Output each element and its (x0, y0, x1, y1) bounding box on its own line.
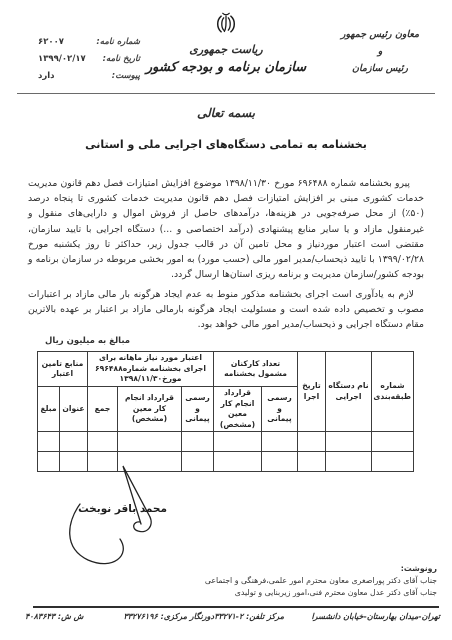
header-center: ریاست جمهوری سازمان برنامه و بودجه کشور (136, 10, 316, 75)
empty-cell (182, 432, 214, 452)
empty-cell (262, 452, 298, 472)
empty-cell (87, 432, 117, 452)
head-of-organization-title: رئیس سازمان (324, 60, 436, 77)
body-paragraph-2: لازم به یادآوری است اجرای بخشنامه مذکور … (28, 287, 424, 333)
empty-cell (37, 432, 59, 452)
document-page: معاون رئیس جمهور و رئیس سازمان ریاست جمه… (0, 0, 452, 640)
letter-meta-block: شماره نامه: ۶۲۰۰۷ تاریخ نامه: ۱۳۹۹/۰۲/۱۷… (16, 37, 140, 88)
letter-date-label: تاریخ نامه: (103, 54, 140, 64)
fax-number: دورنگار مرکزی: ۳۳۲۷۶۱۹۶ (123, 612, 214, 621)
col-source-amount: مبلغ (37, 387, 59, 432)
copy-recipient: جناب آقای دکتر پوراصغری معاون محترم امور… (205, 575, 437, 587)
copy-recipient: جناب آقای دکتر عدل معاون محترم فنی،امور … (205, 587, 437, 599)
col-credit-total: جمع (87, 387, 117, 432)
col-execution-date: تاریخ اجرا (298, 352, 326, 432)
table-unit-caption: مبالغ به میلیون ریال (45, 336, 130, 346)
empty-cell (214, 452, 262, 472)
letter-number-label: شماره نامه: (96, 37, 140, 47)
letter-date-row: تاریخ نامه: ۱۳۹۹/۰۲/۱۷ (16, 54, 140, 64)
letter-number-value: ۶۲۰۰۷ (38, 37, 64, 47)
attachment-row: پیوست: دارد (16, 71, 140, 81)
empty-cell (298, 452, 326, 472)
empty-cell (262, 432, 298, 452)
presidency-title: ریاست جمهوری (136, 43, 316, 56)
organization-name: سازمان برنامه و بودجه کشور (136, 60, 316, 75)
credit-request-table: شماره طبقه‌بندی نام دستگاه اجرایی تاریخ … (37, 351, 414, 472)
col-credit-official: رسمی و پیمانی (182, 387, 214, 432)
copies-label: رونوشت: (205, 563, 437, 575)
empty-cell (118, 432, 182, 452)
col-group-monthly-credit: اعتبار مورد نیاز ماهانه برای اجرای بخشنا… (87, 352, 213, 387)
col-credit-contract: قرارداد انجام کار معین (مشخص) (118, 387, 182, 432)
header-divider (17, 93, 435, 94)
signature-block: محمد باقر نوبخت (55, 460, 195, 568)
col-staff-contract: قرارداد انجام کار معین (مشخص) (214, 387, 262, 432)
col-agency-name: نام دستگاه اجرایی (326, 352, 372, 432)
col-group-funding-sources: منابع تامین اعتبار (37, 352, 87, 387)
besmele-calligraphy: بسمه تعالی (0, 106, 452, 120)
empty-cell (59, 432, 87, 452)
body-paragraph-1: پیرو بخشنامه شماره ۶۹۶۴۸۸ مورخ ۱۳۹۸/۱۱/۳… (28, 176, 424, 282)
letter-number-row: شماره نامه: ۶۲۰۰۷ (16, 37, 140, 47)
table-empty-row (37, 432, 413, 452)
col-staff-official: رسمی و پیمانی (262, 387, 298, 432)
attachment-label: پیوست: (112, 71, 140, 81)
col-classification-number: شماره طبقه‌بندی (372, 352, 414, 432)
vice-president-title: معاون رئیس جمهور (324, 26, 436, 43)
carbon-copies-block: رونوشت: جناب آقای دکتر پوراصغری معاون مح… (205, 563, 437, 599)
attachment-value: دارد (38, 71, 55, 81)
empty-cell (372, 452, 414, 472)
col-source-title: عنوان (59, 387, 87, 432)
letter-date-value: ۱۳۹۹/۰۲/۱۷ (38, 54, 86, 64)
conjunction-vav: و (324, 43, 436, 60)
footer-divider (33, 606, 439, 608)
serial-number: ش ش: ۴۰۸۳۶۴۳ (25, 612, 83, 621)
empty-cell (214, 432, 262, 452)
circular-subject-title: بخشنامه به تمامی دستگاه‌های اجرایی ملی و… (0, 138, 452, 151)
signatory-name: محمد باقر نوبخت (78, 503, 167, 515)
header-right-titles: معاون رئیس جمهور و رئیس سازمان (324, 26, 436, 77)
iran-emblem-icon (213, 10, 239, 38)
col-group-staff-count: تعداد کارکنان مشمول بخشنامه (214, 352, 298, 387)
empty-cell (298, 432, 326, 452)
office-address: تهران-میدان بهارستان-خیابان دانشسرا (311, 612, 440, 621)
phone-number: مرکز تلفن: ۲-۳۳۲۷۱ (214, 612, 284, 621)
empty-cell (372, 432, 414, 452)
footer-contact-line: تهران-میدان بهارستان-خیابان دانشسرا مرکز… (0, 612, 452, 630)
empty-cell (326, 432, 372, 452)
empty-cell (326, 452, 372, 472)
